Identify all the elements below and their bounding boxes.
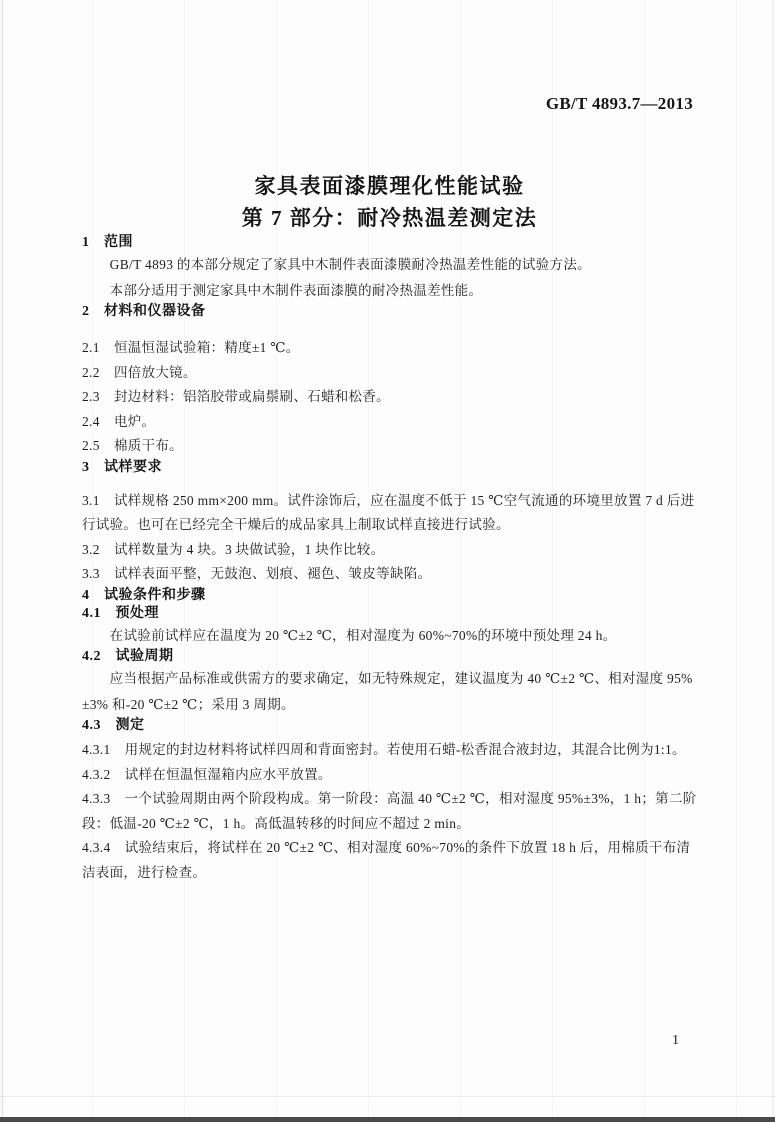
clause-3-3-text: 试样表面平整，无鼓泡、划痕、褪色、皱皮等缺陷。 bbox=[114, 566, 431, 581]
clause-3-2: 3.2试样数量为 4 块。3 块做试验，1 块作比较。 bbox=[82, 538, 697, 563]
section-4-2-heading: 4.2 试验周期 bbox=[82, 648, 697, 666]
clause-2-3-text: 封边材料：铝箔胶带或扁鬃刷、石蜡和松香。 bbox=[114, 389, 390, 404]
clause-2-4-text: 电炉。 bbox=[114, 414, 155, 429]
clause-2-5: 2.5棉质干布。 bbox=[82, 434, 697, 459]
section-4-1-heading: 4.1 预处理 bbox=[82, 605, 697, 623]
section-4-3-clause-list: 4.3.1用规定的封边材料将试样四周和背面密封。若使用石蜡-松香混合液封边，其混… bbox=[82, 738, 697, 885]
section-4-3-heading: 4.3 测定 bbox=[82, 717, 697, 735]
clause-4-3-2: 4.3.2试样在恒温恒湿箱内应水平放置。 bbox=[82, 763, 697, 788]
standard-code: GB/T 4893.7—2013 bbox=[82, 95, 697, 113]
clause-4-3-1-text: 用规定的封边材料将试样四周和背面密封。若使用石蜡-松香混合液封边，其混合比例为1… bbox=[125, 742, 686, 757]
clause-3-1-number: 3.1 bbox=[82, 493, 100, 508]
clause-4-3-2-number: 4.3.2 bbox=[82, 767, 111, 782]
section-3-clause-list: 3.1试样规格 250 mm×200 mm。试件涂饰后，应在温度不低于 15 ℃… bbox=[82, 489, 697, 587]
section-1-paragraph-1: GB/T 4893 的本部分规定了家具中木制件表面漆膜耐冷热温差性能的试验方法。 bbox=[82, 252, 697, 278]
document-page: GB/T 4893.7—2013 家具表面漆膜理化性能试验 第 7 部分：耐冷热… bbox=[0, 0, 775, 1122]
section-2-clause-list: 2.1恒温恒湿试验箱：精度±1 ℃。 2.2四倍放大镜。 2.3封边材料：铝箔胶… bbox=[82, 336, 697, 459]
clause-2-1: 2.1恒温恒湿试验箱：精度±1 ℃。 bbox=[82, 336, 697, 361]
clause-2-1-text: 恒温恒湿试验箱：精度±1 ℃。 bbox=[114, 340, 300, 355]
section-1-paragraph-2: 本部分适用于测定家具中木制件表面漆膜的耐冷热温差性能。 bbox=[82, 278, 697, 304]
clause-2-4-number: 2.4 bbox=[82, 414, 100, 429]
section-2-heading: 2 材料和仪器设备 bbox=[82, 303, 697, 321]
clause-2-3: 2.3封边材料：铝箔胶带或扁鬃刷、石蜡和松香。 bbox=[82, 385, 697, 410]
clause-3-2-number: 3.2 bbox=[82, 542, 100, 557]
section-4-2-paragraph: 应当根据产品标准或供需方的要求确定，如无特殊规定，建议温度为 40 ℃±2 ℃、… bbox=[82, 666, 697, 717]
section-4-1-paragraph: 在试验前试样应在温度为 20 ℃±2 ℃，相对湿度为 60%~70%的环境中预处… bbox=[82, 623, 697, 649]
clause-3-2-text: 试样数量为 4 块。3 块做试验，1 块作比较。 bbox=[114, 542, 384, 557]
clause-2-2-text: 四倍放大镜。 bbox=[114, 365, 197, 380]
clause-2-1-number: 2.1 bbox=[82, 340, 100, 355]
clause-4-3-3-number: 4.3.3 bbox=[82, 791, 111, 806]
clause-2-3-number: 2.3 bbox=[82, 389, 100, 404]
clause-3-1: 3.1试样规格 250 mm×200 mm。试件涂饰后，应在温度不低于 15 ℃… bbox=[82, 489, 697, 538]
scan-edge-left-line bbox=[2, 0, 3, 1122]
section-4-heading: 4 试验条件和步骤 bbox=[82, 587, 697, 605]
scan-artifact-horizontal-line bbox=[0, 1096, 775, 1097]
page-number: 1 bbox=[672, 1033, 679, 1049]
clause-3-3-number: 3.3 bbox=[82, 566, 100, 581]
section-1-heading: 1 范围 bbox=[82, 234, 697, 252]
clause-2-2: 2.2四倍放大镜。 bbox=[82, 361, 697, 386]
scan-edge-bottom-bar bbox=[0, 1117, 775, 1122]
document-title: 家具表面漆膜理化性能试验 第 7 部分：耐冷热温差测定法 bbox=[82, 170, 697, 234]
clause-4-3-3: 4.3.3一个试验周期由两个阶段构成。第一阶段：高温 40 ℃±2 ℃，相对湿度… bbox=[82, 787, 697, 836]
clause-2-5-number: 2.5 bbox=[82, 438, 100, 453]
clause-2-5-text: 棉质干布。 bbox=[114, 438, 183, 453]
clause-4-3-1: 4.3.1用规定的封边材料将试样四周和背面密封。若使用石蜡-松香混合液封边，其混… bbox=[82, 738, 697, 763]
clause-4-3-1-number: 4.3.1 bbox=[82, 742, 111, 757]
clause-2-4: 2.4电炉。 bbox=[82, 410, 697, 435]
clause-4-3-4-number: 4.3.4 bbox=[82, 840, 111, 855]
clause-4-3-4: 4.3.4试验结束后，将试样在 20 ℃±2 ℃、相对湿度 60%~70%的条件… bbox=[82, 836, 697, 885]
document-title-line-1: 家具表面漆膜理化性能试验 bbox=[82, 170, 697, 202]
document-title-line-2: 第 7 部分：耐冷热温差测定法 bbox=[82, 202, 697, 234]
clause-3-3: 3.3试样表面平整，无鼓泡、划痕、褪色、皱皮等缺陷。 bbox=[82, 562, 697, 587]
scan-edge-right-line bbox=[772, 0, 774, 1122]
clause-4-3-3-text: 一个试验周期由两个阶段构成。第一阶段：高温 40 ℃±2 ℃，相对湿度 95%±… bbox=[82, 791, 697, 831]
clause-4-3-4-text: 试验结束后，将试样在 20 ℃±2 ℃、相对湿度 60%~70%的条件下放置 1… bbox=[82, 840, 690, 880]
clause-3-1-text: 试样规格 250 mm×200 mm。试件涂饰后，应在温度不低于 15 ℃空气流… bbox=[82, 493, 694, 533]
section-3-heading: 3 试样要求 bbox=[82, 459, 697, 477]
clause-4-3-2-text: 试样在恒温恒湿箱内应水平放置。 bbox=[125, 767, 332, 782]
clause-2-2-number: 2.2 bbox=[82, 365, 100, 380]
